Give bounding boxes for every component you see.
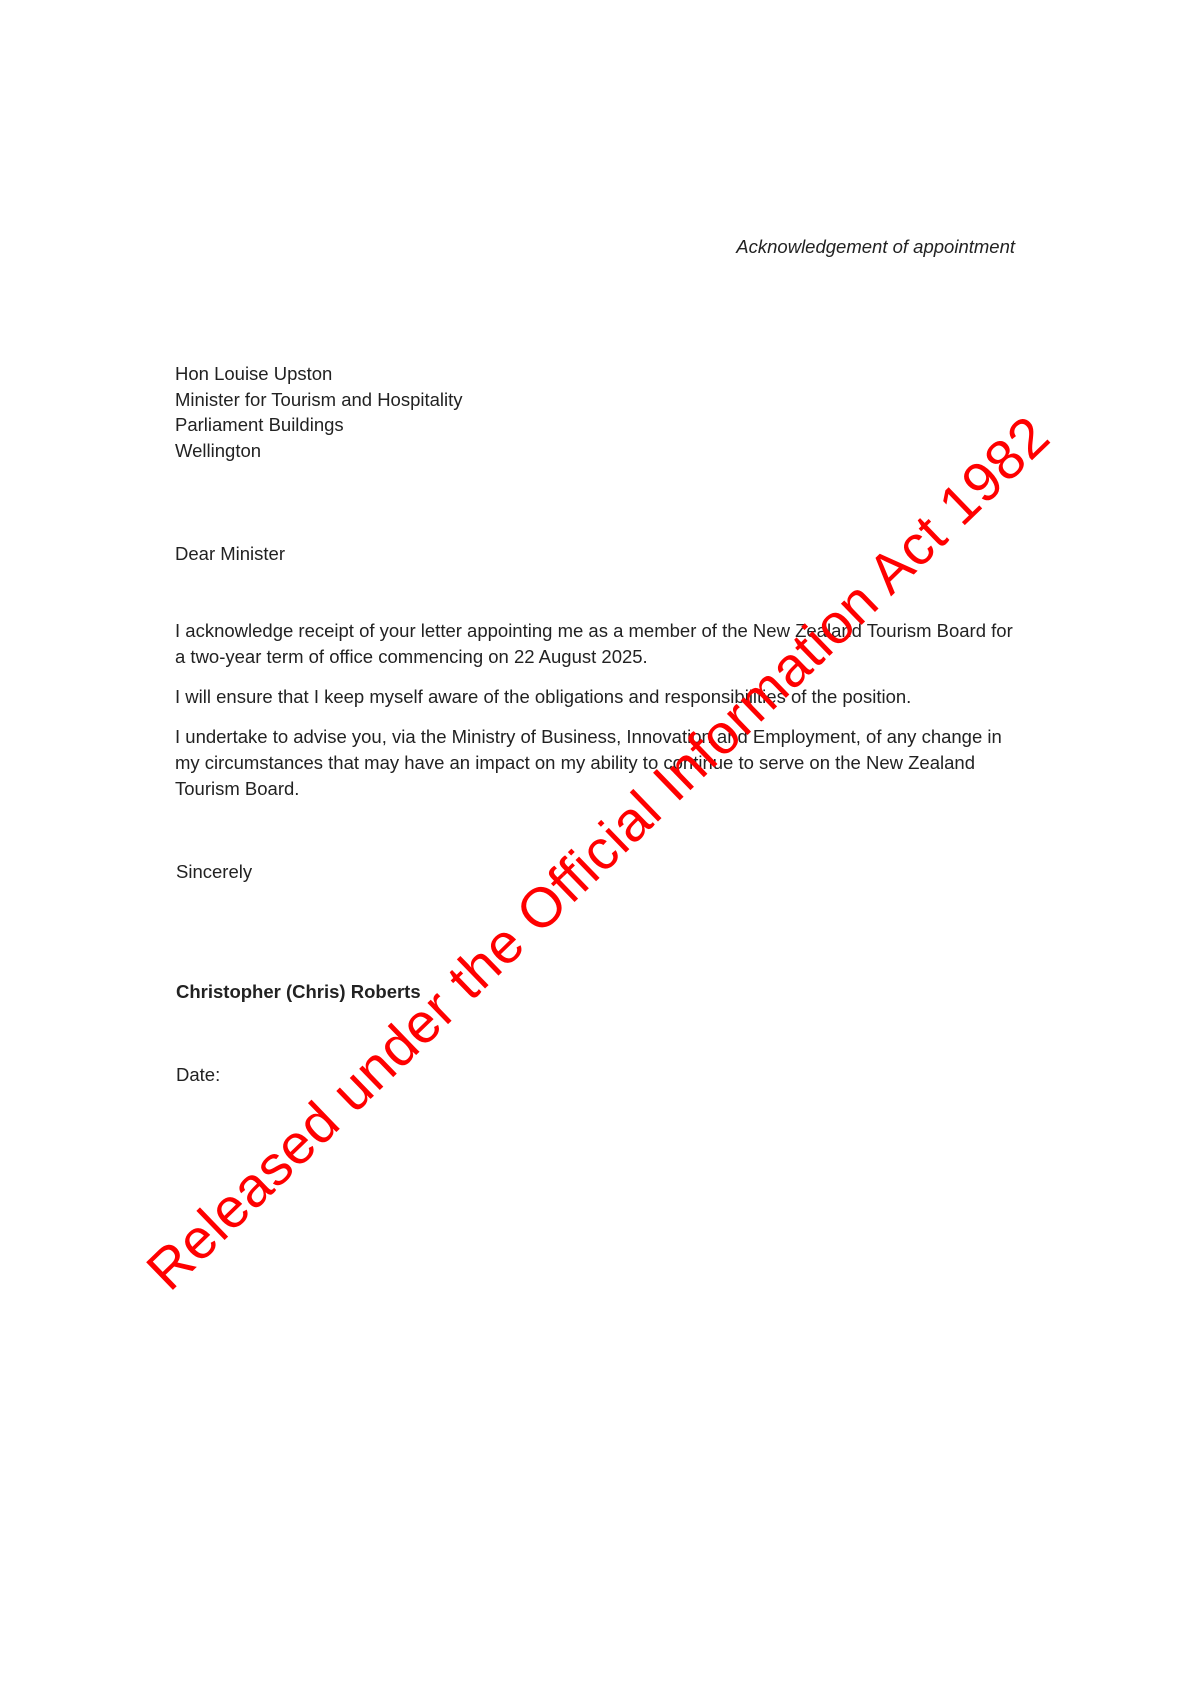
salutation: Dear Minister — [175, 543, 285, 565]
document-heading: Acknowledgement of appointment — [736, 236, 1015, 258]
recipient-title: Minister for Tourism and Hospitality — [175, 387, 463, 413]
recipient-city: Wellington — [175, 438, 463, 464]
release-watermark: Released under the Official Information … — [137, 406, 1059, 1299]
recipient-building: Parliament Buildings — [175, 412, 463, 438]
closing: Sincerely — [176, 861, 252, 883]
letter-body: I acknowledge receipt of your letter app… — [175, 618, 1025, 816]
date-label: Date: — [176, 1064, 220, 1086]
letter-page: Acknowledgement of appointment Hon Louis… — [0, 0, 1190, 1684]
body-paragraph: I will ensure that I keep myself aware o… — [175, 684, 1025, 710]
body-paragraph: I acknowledge receipt of your letter app… — [175, 618, 1025, 670]
body-paragraph: I undertake to advise you, via the Minis… — [175, 724, 1025, 802]
recipient-address: Hon Louise Upston Minister for Tourism a… — [175, 361, 463, 463]
recipient-name: Hon Louise Upston — [175, 361, 463, 387]
signatory-name: Christopher (Chris) Roberts — [176, 981, 421, 1003]
